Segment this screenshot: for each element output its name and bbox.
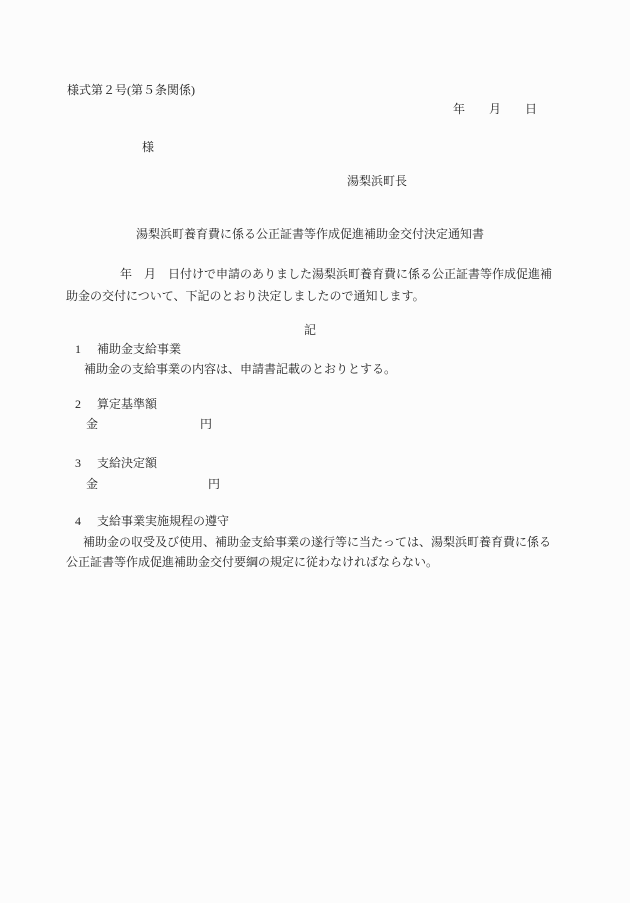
section-4-body-line-1: 補助金の収受及び使用、補助金支給事業の遂行等に当たっては、湯梨浜町養育費に係る (83, 535, 551, 549)
section-4-number: 4 (75, 514, 81, 528)
section-3-amount-unit: 円 (208, 477, 220, 491)
opening-paragraph-line-2: 助金の交付について、下記のとおり決定しましたので通知します。 (66, 289, 425, 303)
section-1-heading: 補助金支給事業 (97, 342, 181, 356)
section-2-amount-unit: 円 (200, 417, 212, 431)
section-4-heading: 支給事業実施規程の遵守 (97, 514, 229, 528)
document-page: 様式第２号(第５条関係) 年 月 日 様 湯梨浜町長 湯梨浜町養育費に係る公正証… (0, 0, 630, 903)
addressee-suffix: 様 (142, 140, 154, 154)
section-3-number: 3 (75, 456, 81, 470)
sender-town-mayor: 湯梨浜町長 (347, 174, 407, 188)
section-1-body: 補助金の支給事業の内容は、申請書記載のとおりとする。 (84, 362, 396, 376)
date-blank-line: 年 月 日 (453, 102, 537, 116)
section-1-number: 1 (75, 342, 81, 356)
section-4-body-line-2: 公正証書等作成促進補助金交付要綱の規定に従わなければならない。 (66, 555, 438, 569)
form-number: 様式第２号(第５条関係) (67, 83, 195, 97)
section-2-heading: 算定基準額 (97, 397, 157, 411)
section-2-amount-prefix: 金 (86, 417, 98, 431)
record-heading: 記 (0, 323, 620, 337)
document-title: 湯梨浜町養育費に係る公正証書等作成促進補助金交付決定通知書 (0, 227, 620, 241)
opening-paragraph-line-1: 年 月 日付けで申請のありました湯梨浜町養育費に係る公正証書等作成促進補 (120, 267, 552, 281)
section-3-amount-prefix: 金 (86, 477, 98, 491)
section-3-heading: 支給決定額 (97, 456, 157, 470)
section-2-number: 2 (75, 397, 81, 411)
